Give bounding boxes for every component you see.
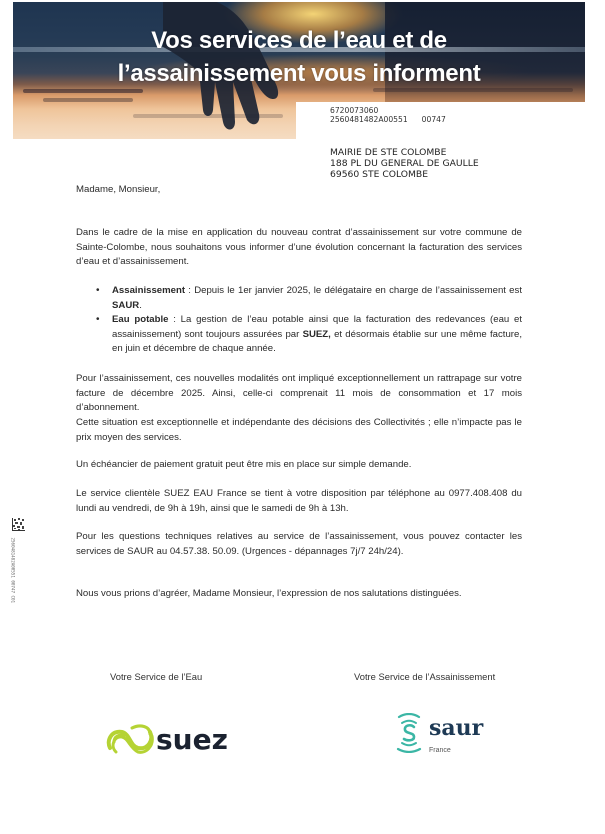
suez-swirl-icon	[104, 722, 156, 758]
bullet-assainissement: Assainissement : Depuis le 1er janvier 2…	[96, 284, 522, 313]
saur-logo-text: saur	[429, 715, 483, 741]
sequence-number: 00747	[422, 115, 446, 124]
banner-streak	[43, 98, 133, 102]
signature-eau-label: Votre Service de l’Eau	[110, 671, 202, 682]
bullet-eau-potable: Eau potable : La gestion de l’eau potabl…	[96, 313, 522, 357]
account-number: 2560481482A00551	[330, 115, 408, 124]
bullet-text: : Depuis le 1er janvier 2025, le délégat…	[185, 285, 522, 296]
suez-logo: suez	[104, 722, 214, 762]
company-name: SUEZ,	[303, 329, 331, 340]
reference-number: 6720073060	[330, 106, 446, 115]
bullet-term: Assainissement	[112, 285, 185, 296]
suez-logo-text: suez	[156, 723, 228, 757]
banner-title-line1: Vos services de l’eau et de	[73, 24, 525, 57]
info-bullet-list: Assainissement : Depuis le 1er janvier 2…	[96, 284, 522, 357]
paragraph-assainissement: Pour l’assainissement, ces nouvelles mod…	[76, 372, 522, 416]
saur-waves-icon	[393, 713, 425, 753]
paragraph-payment-schedule: Un échéancier de paiement gratuit peut ê…	[76, 458, 522, 473]
company-name: SAUR	[112, 300, 139, 311]
reference-line2: 2560481482A0055100747	[330, 115, 446, 124]
paragraph-suez-contact: Le service clientèle SUEZ EAU France se …	[76, 487, 522, 516]
banner-title-line2: l’assainissement vous informent	[73, 57, 525, 90]
paragraph-exception: Cette situation est exceptionnelle et in…	[76, 416, 522, 445]
recipient-name: MAIRIE DE STE COLOMBE	[330, 147, 479, 158]
recipient-street: 188 PL DU GENERAL DE GAULLE	[330, 158, 479, 169]
banner-title: Vos services de l’eau et de l’assainisse…	[73, 24, 525, 90]
side-tracking-code: 2560481482A00551 00747 C01	[8, 540, 18, 606]
reference-block: 6720073060 2560481482A0055100747	[330, 106, 446, 124]
bullet-term: Eau potable	[112, 314, 168, 325]
datamatrix-code-icon	[12, 518, 25, 531]
closing-formula: Nous vous prions d’agréer, Madame Monsie…	[76, 587, 522, 602]
saur-logo-subtext: France	[429, 747, 451, 754]
saur-logo: saur France	[393, 713, 493, 763]
recipient-address: MAIRIE DE STE COLOMBE 188 PL DU GENERAL …	[330, 147, 479, 180]
salutation: Madame, Monsieur,	[76, 183, 522, 198]
paragraph-saur-contact: Pour les questions techniques relatives …	[76, 530, 522, 559]
signature-assainissement-label: Votre Service de l’Assainissement	[354, 671, 495, 682]
recipient-city: 69560 STE COLOMBE	[330, 169, 479, 180]
intro-paragraph: Dans le cadre de la mise en application …	[76, 226, 522, 270]
side-code-text: 2560481482A00551 00747 C01	[11, 538, 16, 604]
bullet-text: .	[139, 300, 142, 311]
